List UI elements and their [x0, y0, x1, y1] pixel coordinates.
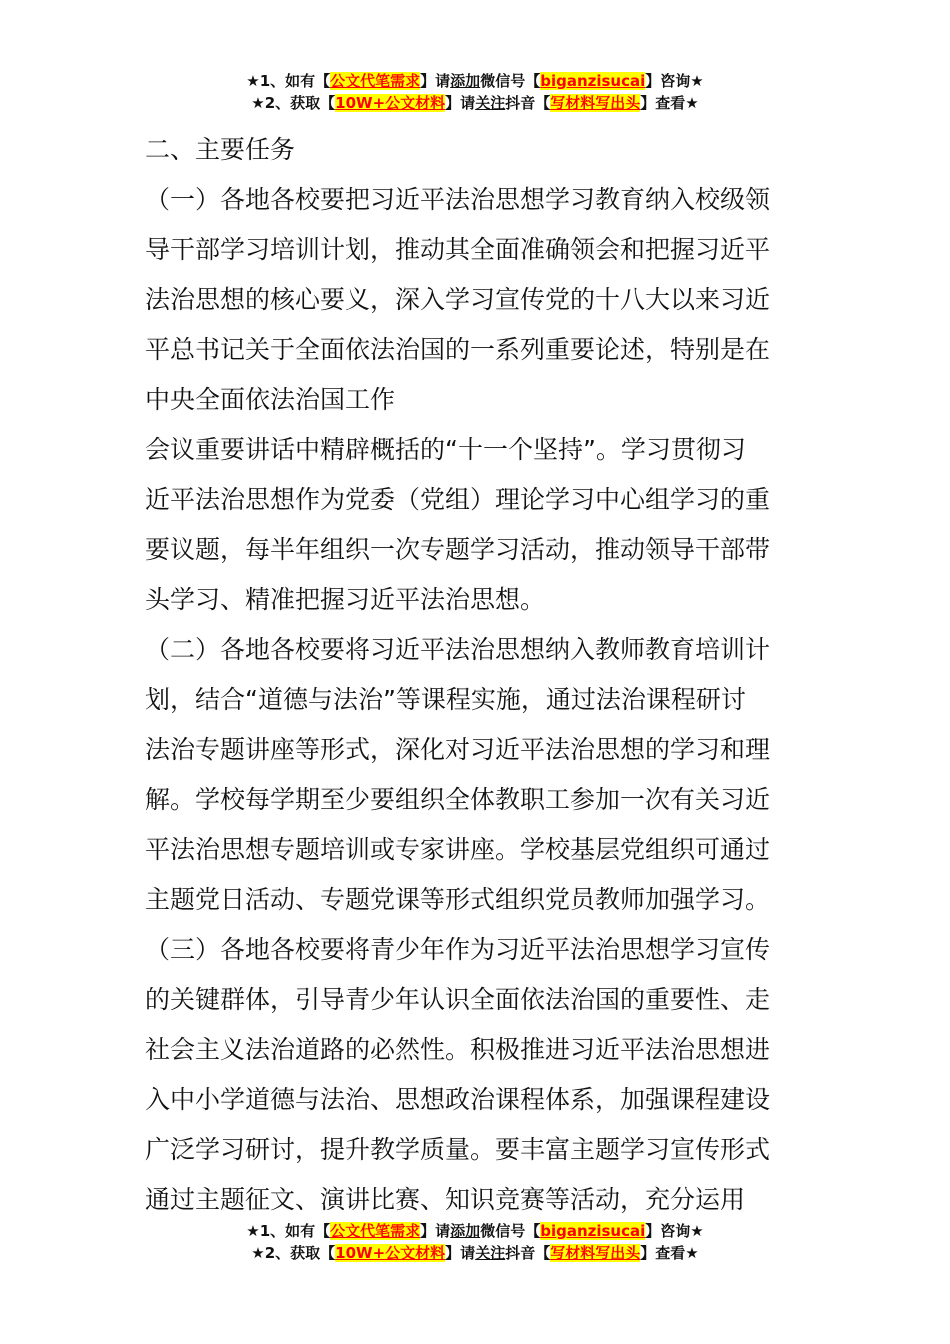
- underlined-follow: 关注: [475, 1244, 505, 1262]
- banner-text: 】请: [445, 1244, 475, 1262]
- star-icon: ★: [246, 72, 259, 90]
- highlight-writing-service: 公文代笔需求: [330, 1222, 420, 1240]
- paragraph-line: 中央全面依法治国工作: [145, 375, 810, 425]
- paragraph-line: 近平法治思想作为党委（党组）理论学习中心组学习的重: [145, 475, 810, 525]
- highlight-douyin-account: 写材料写出头: [550, 1244, 640, 1262]
- paragraph-line: 导干部学习培训计划，推动其全面准确领会和把握习近平: [145, 225, 810, 275]
- banner-text: 】咨询: [645, 72, 690, 90]
- banner-text: 1、如有【: [260, 1222, 330, 1240]
- banner-text: 】请: [420, 1222, 450, 1240]
- paragraph-line: 入中小学道德与法治、思想政治课程体系，加强课程建设: [145, 1075, 810, 1125]
- paragraph-line: 广泛学习研讨，提升教学质量。要丰富主题学习宣传形式: [145, 1125, 810, 1175]
- paragraph-line: 主题党日活动、专题党课等形式组织党员教师加强学习。: [145, 875, 810, 925]
- banner-text: 】查看: [640, 94, 685, 112]
- highlight-materials: 10W+公文材料: [335, 1244, 445, 1262]
- banner-text: 】查看: [640, 1244, 685, 1262]
- star-icon: ★: [685, 94, 698, 112]
- section-heading: 二、主要任务: [145, 125, 810, 175]
- star-icon: ★: [251, 94, 264, 112]
- highlight-douyin-account: 写材料写出头: [550, 94, 640, 112]
- banner-text: 抖音【: [505, 1244, 550, 1262]
- star-icon: ★: [690, 72, 703, 90]
- banner-text: 抖音【: [505, 94, 550, 112]
- paragraph-line: 要议题，每半年组织一次专题学习活动，推动领导干部带: [145, 525, 810, 575]
- banner-text: 1、如有【: [260, 72, 330, 90]
- paragraph-line: 头学习、精准把握习近平法治思想。: [145, 575, 810, 625]
- footer-banner: ★1、如有【公文代笔需求】请添加微信号【biganzisucai】咨询★ ★2、…: [0, 1220, 950, 1264]
- banner-text: 】咨询: [645, 1222, 690, 1240]
- banner-line-2: ★2、获取【10W+公文材料】请关注抖音【写材料写出头】查看★: [0, 1242, 950, 1264]
- banner-line-1: ★1、如有【公文代笔需求】请添加微信号【biganzisucai】咨询★: [0, 70, 950, 92]
- star-icon: ★: [690, 1222, 703, 1240]
- banner-text: 2、获取【: [265, 94, 335, 112]
- banner-line-2: ★2、获取【10W+公文材料】请关注抖音【写材料写出头】查看★: [0, 92, 950, 114]
- paragraph-line: 的关键群体，引导青少年认识全面依法治国的重要性、走: [145, 975, 810, 1025]
- banner-text: 2、获取【: [265, 1244, 335, 1262]
- paragraph-line: 平法治思想专题培训或专家讲座。学校基层党组织可通过: [145, 825, 810, 875]
- paragraph-line: 法治专题讲座等形式，深化对习近平法治思想的学习和理: [145, 725, 810, 775]
- paragraph-line: 社会主义法治道路的必然性。积极推进习近平法治思想进: [145, 1025, 810, 1075]
- paragraph-line: （三）各地各校要将青少年作为习近平法治思想学习宣传: [145, 925, 810, 975]
- paragraph-line: 会议重要讲话中精辟概括的“十一个坚持”。学习贯彻习: [145, 425, 810, 475]
- highlight-writing-service: 公文代笔需求: [330, 72, 420, 90]
- highlight-wechat-id: biganzisucai: [540, 72, 645, 90]
- underlined-add: 添加: [450, 1222, 480, 1240]
- highlight-wechat-id: biganzisucai: [540, 1222, 645, 1240]
- underlined-add: 添加: [450, 72, 480, 90]
- banner-line-1: ★1、如有【公文代笔需求】请添加微信号【biganzisucai】咨询★: [0, 1220, 950, 1242]
- paragraph-line: 平总书记关于全面依法治国的一系列重要论述，特别是在: [145, 325, 810, 375]
- banner-text: 】请: [420, 72, 450, 90]
- paragraph-line: （一）各地各校要把习近平法治思想学习教育纳入校级领: [145, 175, 810, 225]
- paragraph-line: （二）各地各校要将习近平法治思想纳入教师教育培训计: [145, 625, 810, 675]
- paragraph-line: 通过主题征文、演讲比赛、知识竞赛等活动，充分运用: [145, 1175, 810, 1225]
- underlined-follow: 关注: [475, 94, 505, 112]
- paragraph-line: 划，结合“道德与法治”等课程实施，通过法治课程研讨: [145, 675, 810, 725]
- highlight-materials: 10W+公文材料: [335, 94, 445, 112]
- star-icon: ★: [685, 1244, 698, 1262]
- paragraph-line: 解。学校每学期至少要组织全体教职工参加一次有关习近: [145, 775, 810, 825]
- header-banner: ★1、如有【公文代笔需求】请添加微信号【biganzisucai】咨询★ ★2、…: [0, 70, 950, 114]
- paragraph-line: 法治思想的核心要义，深入学习宣传党的十八大以来习近: [145, 275, 810, 325]
- banner-text: 】请: [445, 94, 475, 112]
- banner-text: 微信号【: [480, 72, 540, 90]
- banner-text: 微信号【: [480, 1222, 540, 1240]
- star-icon: ★: [246, 1222, 259, 1240]
- star-icon: ★: [251, 1244, 264, 1262]
- document-body: 二、主要任务 （一）各地各校要把习近平法治思想学习教育纳入校级领 导干部学习培训…: [145, 125, 810, 1225]
